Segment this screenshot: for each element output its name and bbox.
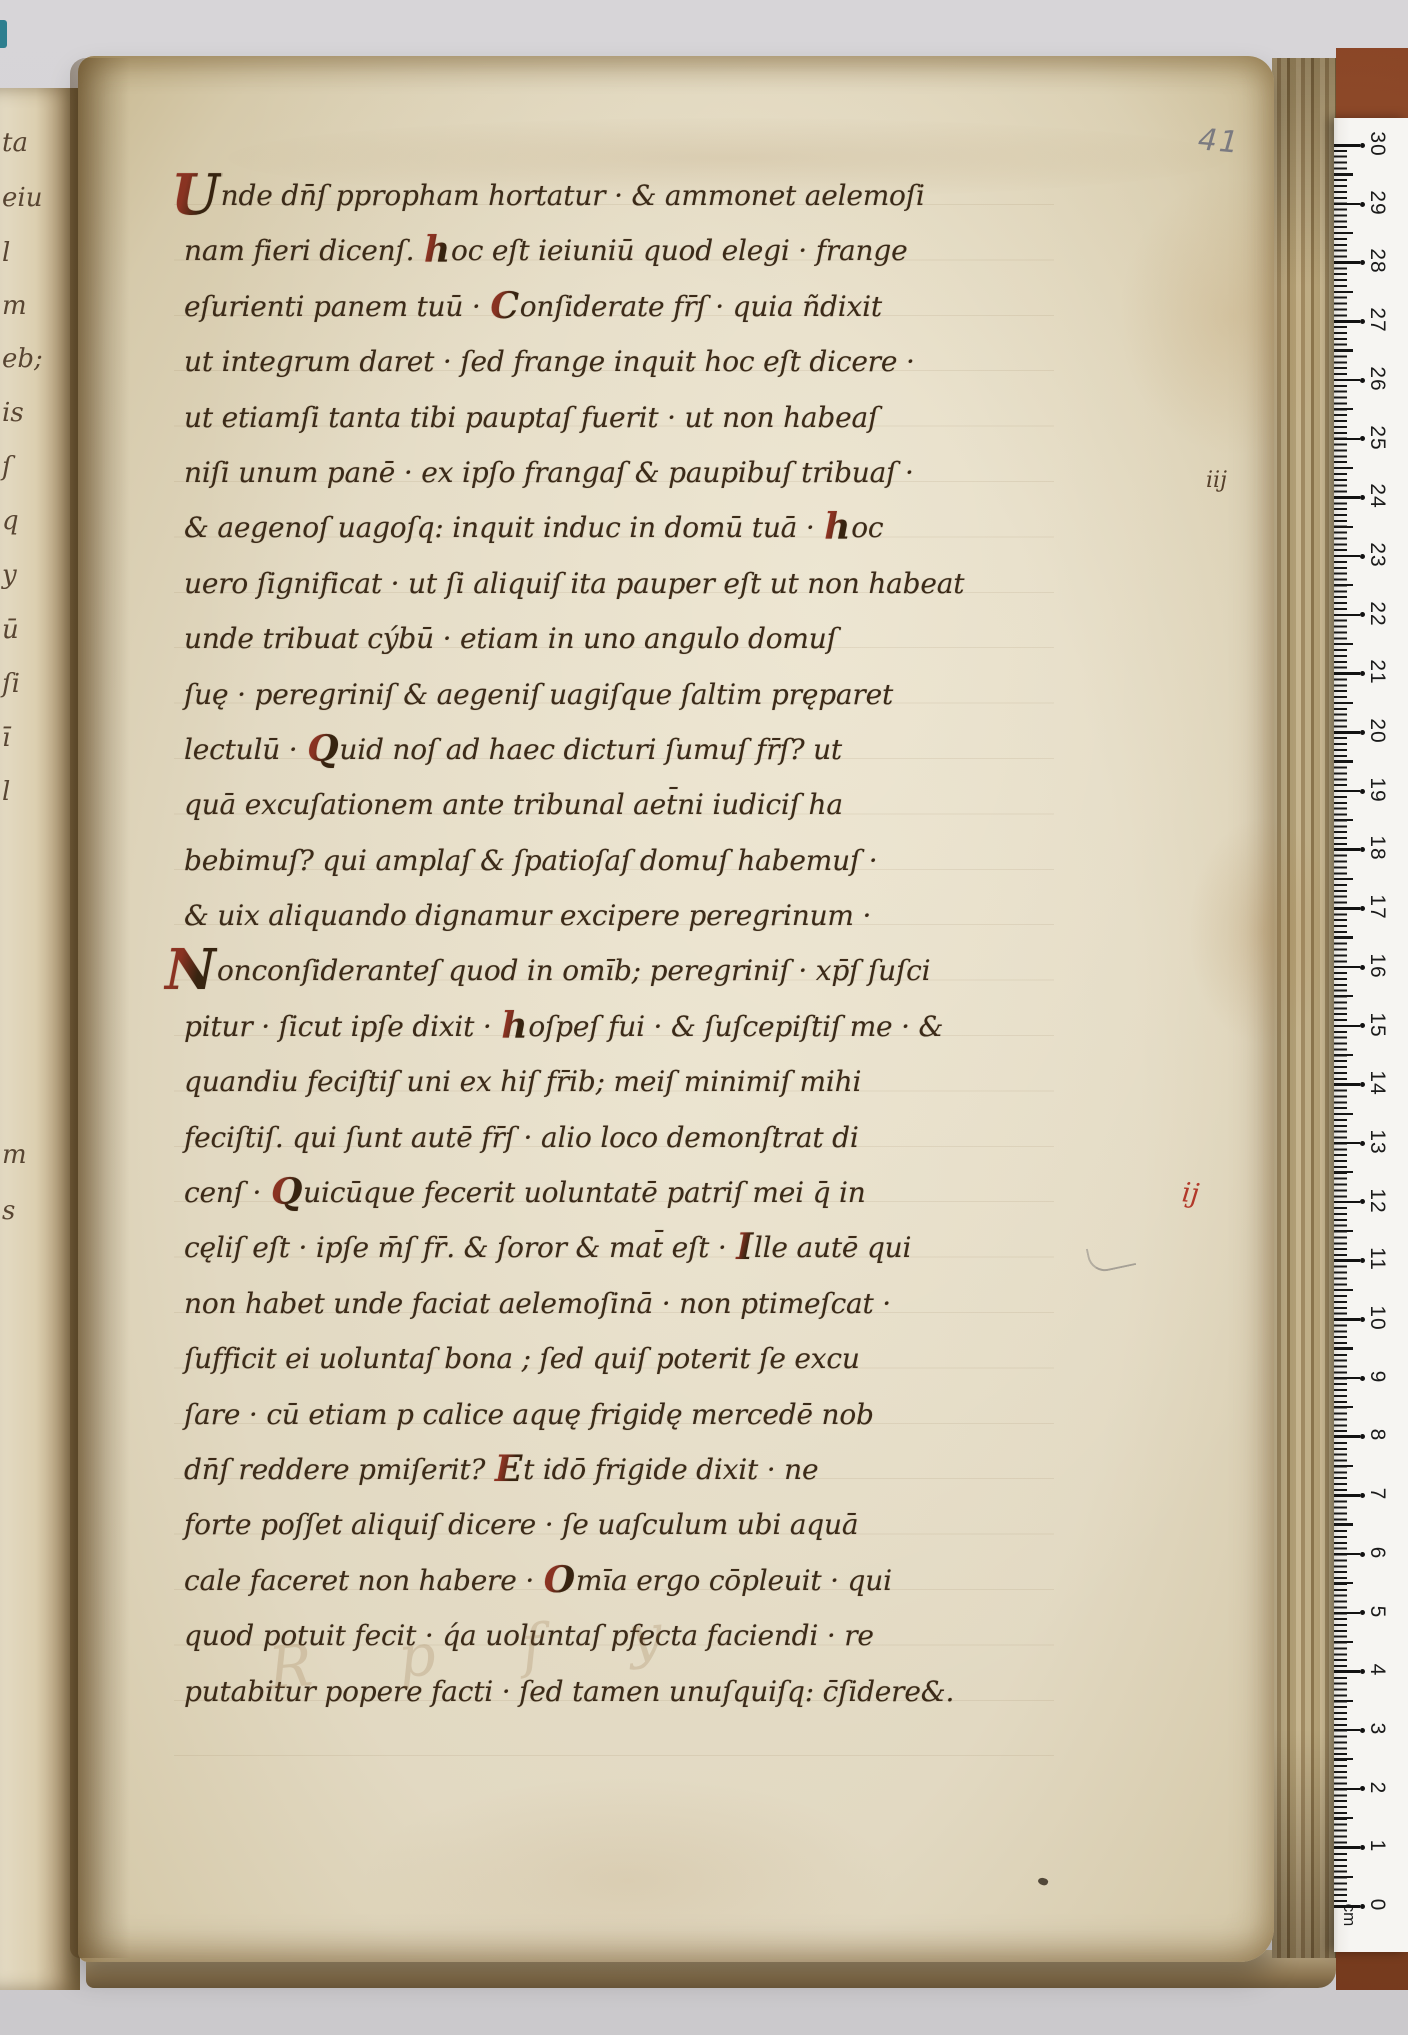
left-page-fragment: ī — [2, 723, 10, 753]
text-segment: nde dn̄ſ ppropham hortatur · & ammonet a… — [221, 179, 925, 212]
ruler-half-tick — [1334, 1465, 1353, 1467]
text-segment: & uix aliquando dignamur excipere peregr… — [184, 899, 871, 932]
rubric-initial: C — [489, 285, 519, 327]
text-segment: ut integrum daret · ſed frange inquit ho… — [184, 345, 915, 378]
photo-backdrop: { "colors":{ "ink":"#3b2a18","rubric":"#… — [0, 0, 1408, 2035]
manuscript-page: Unde dn̄ſ ppropham hortatur · & ammonet … — [78, 56, 1274, 1962]
ruler-half-tick — [1334, 936, 1353, 938]
ruler-cm-tick — [1334, 438, 1360, 441]
text-segment: oſpeſ fui · & ſuſcepiſtiſ me · & — [528, 1010, 943, 1043]
left-page-fragment: ſi — [2, 669, 20, 699]
ruler-number: 16 — [1366, 953, 1388, 979]
manuscript-line: uero ſignificat · ut ſi aliquiſ ita paup… — [184, 556, 1004, 611]
ruler-half-tick — [1334, 1758, 1353, 1760]
parchment-stain — [358, 1776, 898, 1986]
ruler-number: 3 — [1366, 1716, 1388, 1742]
ruler-number: 10 — [1366, 1305, 1388, 1331]
ruler-cm-tick — [1334, 907, 1360, 910]
ruler-half-tick — [1334, 995, 1353, 997]
ruler-number: 29 — [1366, 190, 1388, 216]
ruler-cm-tick — [1334, 1259, 1360, 1262]
text-segment: uero ſignificat · ut ſi aliquiſ ita paup… — [184, 567, 964, 600]
manuscript-line: feciſtiſ. qui ſunt autē fr̄ſ · alio loco… — [184, 1110, 1004, 1165]
ruler-half-tick — [1334, 1113, 1353, 1115]
manuscript-line: ſare · cū etiam p calice aquę frigidę me… — [184, 1387, 1004, 1442]
manuscript-line: nam fieri dicenſ. hoc eſt ieiuniū quod e… — [184, 223, 1004, 278]
ruler-number: 22 — [1366, 601, 1388, 627]
ruler-number: 24 — [1366, 483, 1388, 509]
ruler-half-tick — [1334, 819, 1353, 821]
text-segment: cenſ · — [184, 1176, 270, 1209]
ruler-number: 15 — [1366, 1012, 1388, 1038]
rubric-initial: O — [543, 1559, 576, 1601]
ruler-cm-tick — [1334, 1025, 1360, 1028]
ruler-number: 17 — [1366, 894, 1388, 920]
rubric-initial: h — [500, 1005, 528, 1047]
left-page-edge: taeiulmeb;isſqyūſiīlms — [0, 88, 80, 1990]
manuscript-line: niſi unum panē · ex ipſo frangaſ & paupi… — [184, 445, 1004, 500]
ruler-number: 0 — [1366, 1892, 1388, 1918]
ruler-half-tick — [1334, 467, 1353, 469]
rubric-initial: E — [494, 1448, 523, 1490]
text-segment: unde tribuat cýbū · etiam in uno angulo … — [184, 622, 837, 655]
text-segment: nam fieri dicenſ. — [184, 234, 423, 267]
ruler-cm-tick — [1334, 261, 1360, 264]
manuscript-line: forte poſſet aliquiſ dicere · ſe uaſculu… — [184, 1497, 1004, 1552]
ruler-number: 25 — [1366, 425, 1388, 451]
ruler-cm-tick — [1334, 203, 1360, 206]
ruler-half-tick — [1334, 1817, 1353, 1819]
ruler-half-tick — [1334, 878, 1353, 880]
rubric-initial: Q — [306, 728, 339, 770]
ruler-half-tick — [1334, 1289, 1353, 1291]
left-page-fragment: ta — [2, 128, 28, 158]
manuscript-line: cęliſ eſt · ipſe m̄ſ fr̄. & ſoror & mat̄… — [184, 1220, 1004, 1275]
ruler-half-tick — [1334, 1582, 1353, 1584]
manuscript-line: & uix aliquando dignamur excipere peregr… — [184, 888, 1004, 943]
ruler-half-tick — [1334, 1876, 1353, 1878]
ruler-cm-tick — [1334, 1318, 1360, 1321]
ruler-half-tick — [1334, 702, 1353, 704]
rubric-initial: I — [735, 1226, 754, 1268]
rubric-initial: h — [823, 506, 851, 548]
ruler-number: 8 — [1366, 1422, 1388, 1448]
ruler-number: 5 — [1366, 1599, 1388, 1625]
rubric-initial: N — [164, 937, 217, 1003]
text-block: Unde dn̄ſ ppropham hortatur · & ammonet … — [184, 168, 1004, 1719]
left-page-fragment: m — [2, 1140, 27, 1170]
text-segment: oc — [851, 511, 883, 544]
ruler-cm-tick — [1334, 731, 1360, 734]
ruler-cm-tick — [1334, 1612, 1360, 1615]
left-page-fragment: m — [2, 291, 27, 321]
ruler-cm-tick — [1334, 790, 1360, 793]
ruler-cm-tick — [1334, 1553, 1360, 1556]
left-page-fragment: is — [2, 398, 24, 428]
manuscript-line: ſuę · peregriniſ & aegeniſ uagiſque ſalt… — [184, 667, 1004, 722]
manuscript-line: eſurienti panem tuū · Conſiderate fr̄ſ ·… — [184, 279, 1004, 334]
left-page-fragment: ſ — [2, 452, 12, 482]
text-segment: t idō frigide dixit · ne — [523, 1453, 818, 1486]
ruler-number: 14 — [1366, 1070, 1388, 1096]
ruler-half-tick — [1334, 232, 1353, 234]
manuscript-line: Nonconſideranteſ quod in omīb; peregrini… — [164, 943, 1004, 998]
ruler-half-tick — [1334, 1171, 1353, 1173]
ruler-number: 23 — [1366, 542, 1388, 568]
text-segment: onconſideranteſ quod in omīb; peregriniſ… — [217, 954, 930, 987]
manuscript-line: pitur · ſicut ipſe dixit · hoſpeſ fui · … — [184, 999, 1004, 1054]
ruler-number: 18 — [1366, 835, 1388, 861]
manuscript-line: cale faceret non habere · Omīa ergo cōpl… — [184, 1553, 1004, 1608]
ruler-cm-tick — [1334, 1142, 1360, 1145]
text-segment: niſi unum panē · ex ipſo frangaſ & paupi… — [184, 456, 914, 489]
ruler-cm-tick — [1334, 1083, 1360, 1086]
text-segment: ſufficit ei uoluntaſ bona ; ſed quiſ pot… — [184, 1342, 860, 1375]
ruler-number: 21 — [1366, 659, 1388, 685]
text-segment: forte poſſet aliquiſ dicere · ſe uaſculu… — [184, 1508, 858, 1541]
manuscript-line: ſufficit ei uoluntaſ bona ; ſed quiſ pot… — [184, 1331, 1004, 1386]
text-segment: dn̄ſ reddere pmiſerit? — [184, 1453, 494, 1486]
text-segment: & aegenoſ uagoſq: inquit induc in domū t… — [184, 511, 823, 544]
ruler-cm-tick — [1334, 966, 1360, 969]
ink-speck — [1037, 1877, 1049, 1887]
ruler-cm-tick — [1334, 1494, 1360, 1497]
text-segment: uicūque fecerit uoluntatē patriſ mei q̄ … — [303, 1176, 865, 1209]
text-segment: pitur · ſicut ipſe dixit · — [184, 1010, 500, 1043]
ruler-number: 11 — [1366, 1246, 1388, 1272]
ruler-cm-tick — [1334, 848, 1360, 851]
ruler-half-tick — [1334, 1230, 1353, 1232]
text-segment: ſuę · peregriniſ & aegeniſ uagiſque ſalt… — [184, 678, 893, 711]
manuscript-line: cenſ · Quicūque fecerit uoluntatē patriſ… — [184, 1165, 1004, 1220]
left-page-fragment: l — [2, 777, 10, 807]
ruler-cm-tick — [1334, 1435, 1360, 1438]
ruler-number: 26 — [1366, 366, 1388, 392]
ruler-number: 30 — [1366, 131, 1388, 157]
text-segment: quandiu feciſtiſ uni ex hiſ fr̄ib; meiſ … — [184, 1065, 861, 1098]
left-page-fragment: q — [2, 506, 19, 536]
ruler-number: 27 — [1366, 307, 1388, 333]
ruler-number: 4 — [1366, 1657, 1388, 1683]
left-page-fragment: eiu — [2, 183, 42, 213]
ruler-half-tick — [1334, 1406, 1353, 1408]
text-segment: ut etiamſi tanta tibi pauptaſ fuerit · u… — [184, 401, 878, 434]
ruler-cm-tick — [1334, 555, 1360, 558]
folio-number: 41 — [1197, 122, 1242, 161]
ruler-number: 6 — [1366, 1540, 1388, 1566]
left-page-fragment: eb; — [2, 344, 43, 374]
ruler-half-tick — [1334, 1347, 1353, 1349]
manuscript-line: bebimuſ? qui amplaſ & ſpatioſaſ domuſ ha… — [184, 833, 1004, 888]
ruler-half-tick — [1334, 584, 1353, 586]
text-segment: non habet unde faciat aelemoſinā · non p… — [184, 1287, 891, 1320]
ruler-half-tick — [1334, 291, 1353, 293]
ruler-half-tick — [1334, 526, 1353, 528]
rubric-initial: h — [423, 229, 451, 271]
quire-mark: iij — [1206, 468, 1227, 493]
manuscript-line: ut integrum daret · ſed frange inquit ho… — [184, 334, 1004, 389]
ruler-cm-tick — [1334, 1905, 1360, 1908]
ruler-cm-tick — [1334, 379, 1360, 382]
ruler-number: 2 — [1366, 1775, 1388, 1801]
ruler-cm-tick — [1334, 496, 1360, 499]
text-segment: ſare · cū etiam p calice aquę frigidę me… — [184, 1398, 874, 1431]
text-segment: oc eſt ieiuniū quod elegi · frange — [451, 234, 907, 267]
ruler-cm-tick — [1334, 1201, 1360, 1204]
teal-speck — [0, 20, 7, 48]
ruler-number: 13 — [1366, 1129, 1388, 1155]
ruler-number: 28 — [1366, 248, 1388, 274]
manuscript-line: non habet unde faciat aelemoſinā · non p… — [184, 1276, 1004, 1331]
text-segment: feciſtiſ. qui ſunt autē fr̄ſ · alio loco… — [184, 1121, 859, 1154]
ruler-cm-tick — [1334, 1377, 1360, 1380]
manuscript-line: Unde dn̄ſ ppropham hortatur · & ammonet … — [170, 168, 1004, 223]
ruler-cm-tick — [1334, 1788, 1360, 1791]
page-edge-stack — [1272, 58, 1336, 1958]
ruler-cm-tick — [1334, 1670, 1360, 1673]
text-segment: bebimuſ? qui amplaſ & ſpatioſaſ domuſ ha… — [184, 844, 878, 877]
ruler-cm-tick — [1334, 1729, 1360, 1732]
book: taeiulmeb;isſqyūſiīlms Unde dn̄ſ ppropha… — [0, 0, 1408, 2035]
manuscript-line: quandiu feciſtiſ uni ex hiſ fr̄ib; meiſ … — [184, 1054, 1004, 1109]
ruler-number: 12 — [1366, 1188, 1388, 1214]
left-page-fragment: ū — [2, 615, 19, 645]
ruler-cm-tick — [1334, 672, 1360, 675]
rubric-initial: U — [170, 162, 221, 228]
ruler-half-tick — [1334, 643, 1353, 645]
manuscript-line: dn̄ſ reddere pmiſerit? Et idō frigide di… — [184, 1442, 1004, 1497]
ruler-cm-tick — [1334, 144, 1360, 147]
text-segment: lectulū · — [184, 733, 306, 766]
ruler-half-tick — [1334, 1700, 1353, 1702]
ruler-cm-tick — [1334, 1846, 1360, 1849]
ruler-half-tick — [1334, 1641, 1353, 1643]
ruler-number: 19 — [1366, 777, 1388, 803]
ruler-half-tick — [1334, 349, 1353, 351]
ruler-cm-tick — [1334, 320, 1360, 323]
rubric-initial: Q — [270, 1171, 303, 1213]
red-margin-mark: ij — [1180, 1177, 1200, 1210]
text-segment: cale faceret non habere · — [184, 1564, 543, 1597]
manuscript-line: lectulū · Quid noſ ad haec dicturi ſumuſ… — [184, 722, 1004, 777]
text-segment: eſurienti panem tuū · — [184, 290, 489, 323]
manuscript-line: unde tribuat cýbū · etiam in uno angulo … — [184, 611, 1004, 666]
left-page-fragment: s — [2, 1196, 15, 1226]
left-page-fragment: y — [2, 560, 17, 590]
text-segment: uid noſ ad haec dicturi ſumuſ fr̄ſ? ut — [339, 733, 842, 766]
ruler-half-tick — [1334, 760, 1353, 762]
manuscript-line: & aegenoſ uagoſq: inquit induc in domū t… — [184, 500, 1004, 555]
left-page-fragment: l — [2, 238, 10, 268]
ruler-half-tick — [1334, 408, 1353, 410]
ruler: cm 3029282726252423222120191817161514131… — [1334, 118, 1408, 1952]
ruler-half-tick — [1334, 173, 1353, 175]
text-segment: quā excuſationem ante tribunal aet̄ni iu… — [184, 788, 843, 821]
manuscript-line: quā excuſationem ante tribunal aet̄ni iu… — [184, 777, 1004, 832]
ruler-number: 7 — [1366, 1481, 1388, 1507]
text-segment: onſiderate fr̄ſ · quia ñdixit — [520, 290, 882, 323]
text-segment: cęliſ eſt · ipſe m̄ſ fr̄. & ſoror & mat̄… — [184, 1231, 735, 1264]
manuscript-line: ut etiamſi tanta tibi pauptaſ fuerit · u… — [184, 390, 1004, 445]
ruler-half-tick — [1334, 1523, 1353, 1525]
ruler-half-tick — [1334, 1054, 1353, 1056]
ruler-cm-tick — [1334, 614, 1360, 617]
text-segment: mīa ergo cōpleuit · qui — [576, 1564, 892, 1597]
ruler-number: 20 — [1366, 718, 1388, 744]
pencil-scribble — [1086, 1240, 1136, 1275]
ruler-number: 9 — [1366, 1364, 1388, 1390]
text-segment: lle autē qui — [754, 1231, 911, 1264]
ruler-number: 1 — [1366, 1833, 1388, 1859]
